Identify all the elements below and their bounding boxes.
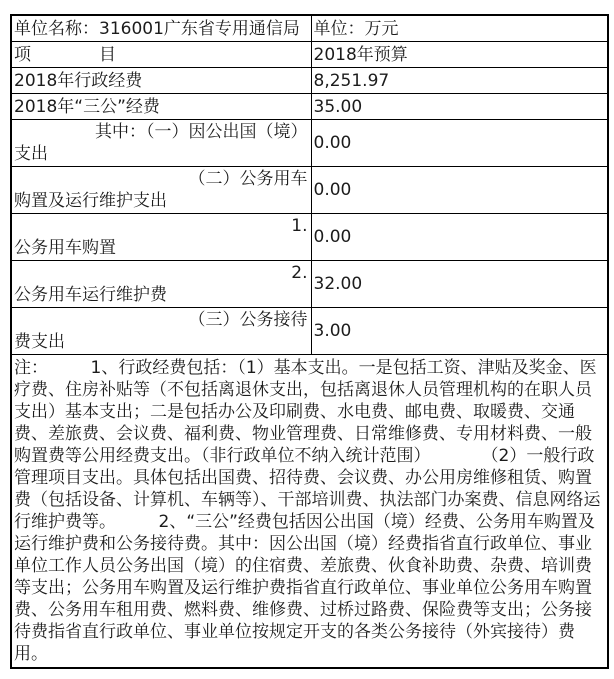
row-label-line2: 公务用车购置	[14, 237, 309, 259]
budget-table-container: 单位名称：316001广东省专用通信局 单位：万元 项 目 2018年预算 20…	[10, 14, 609, 669]
row-label: 2. 公务用车运行维护费	[11, 261, 311, 308]
row-label: （三）公务接待 费支出	[11, 308, 311, 355]
note-text: 注： 1、行政经费包括：（1）基本支出。一是包括工资、津贴及奖金、医疗费、住房补…	[11, 355, 608, 669]
row-label: 2018年“三公”经费	[11, 94, 311, 120]
row-value: 0.00	[311, 120, 608, 167]
page: 单位名称：316001广东省专用通信局 单位：万元 项 目 2018年预算 20…	[0, 0, 614, 679]
row-label-line1: 1.	[14, 215, 309, 237]
table-row-admin-expense: 2018年行政经费 8,251.97	[11, 68, 608, 94]
unit-measure-text: 单位：万元	[311, 15, 608, 42]
table-row-vehicle-maintenance: 2. 公务用车运行维护费 32.00	[11, 261, 608, 308]
row-label-line1: （二）公务用车	[14, 168, 309, 190]
row-label-line2: 公务用车运行维护费	[14, 284, 309, 306]
row-label: 2018年行政经费	[11, 68, 311, 94]
row-label-line1: （三）公务接待	[14, 309, 309, 331]
row-label-lines: 其中：（一）因公出国（境） 支出	[14, 121, 309, 165]
row-label-lines: （二）公务用车 购置及运行维护支出	[14, 168, 309, 212]
table-row-abroad-expense: 其中：（一）因公出国（境） 支出 0.00	[11, 120, 608, 167]
table-row-vehicle-purchase: 1. 公务用车购置 0.00	[11, 214, 608, 261]
row-label-line2: 购置及运行维护支出	[14, 190, 309, 212]
row-value: 0.00	[311, 167, 608, 214]
row-value: 0.00	[311, 214, 608, 261]
column-header-item: 项 目	[11, 42, 311, 68]
table-row-reception-expense: （三）公务接待 费支出 3.00	[11, 308, 608, 355]
column-header-budget: 2018年预算	[311, 42, 608, 68]
row-value: 32.00	[311, 261, 608, 308]
row-value: 35.00	[311, 94, 608, 120]
row-value: 8,251.97	[311, 68, 608, 94]
row-label-lines: （三）公务接待 费支出	[14, 309, 309, 353]
table-row-three-public-expense: 2018年“三公”经费 35.00	[11, 94, 608, 120]
row-label-line1: 其中：（一）因公出国（境）	[14, 121, 309, 143]
budget-table: 单位名称：316001广东省专用通信局 单位：万元 项 目 2018年预算 20…	[10, 14, 609, 669]
row-label: 其中：（一）因公出国（境） 支出	[11, 120, 311, 167]
table-row-note: 注： 1、行政经费包括：（1）基本支出。一是包括工资、津贴及奖金、医疗费、住房补…	[11, 355, 608, 669]
row-label-line2: 支出	[14, 143, 309, 165]
table-header-row: 项 目 2018年预算	[11, 42, 608, 68]
unit-name-text: 单位名称：316001广东省专用通信局	[11, 15, 311, 42]
table-row-unit-info: 单位名称：316001广东省专用通信局 单位：万元	[11, 15, 608, 42]
row-value: 3.00	[311, 308, 608, 355]
row-label-line2: 费支出	[14, 331, 309, 353]
row-label-lines: 1. 公务用车购置	[14, 215, 309, 259]
row-label-lines: 2. 公务用车运行维护费	[14, 262, 309, 306]
row-label-line1: 2.	[14, 262, 309, 284]
row-label: （二）公务用车 购置及运行维护支出	[11, 167, 311, 214]
table-row-vehicle-expense: （二）公务用车 购置及运行维护支出 0.00	[11, 167, 608, 214]
row-label: 1. 公务用车购置	[11, 214, 311, 261]
